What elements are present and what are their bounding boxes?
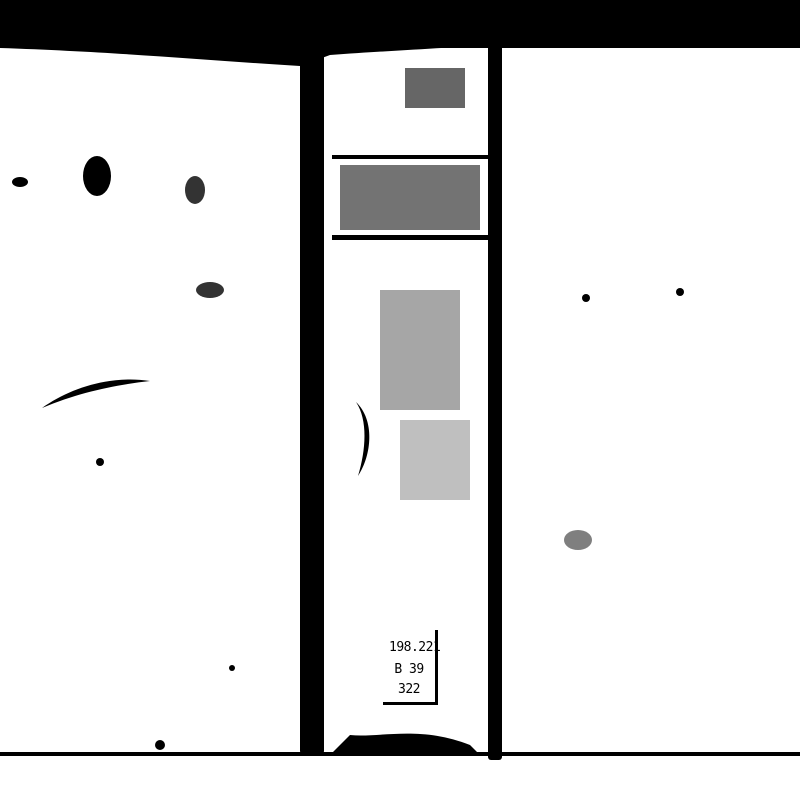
call-number-line-2: B 39 (383, 662, 435, 677)
call-number-line-3: 322 (383, 682, 435, 697)
spine-left-edge (300, 45, 324, 755)
spine-right-edge (488, 45, 502, 760)
call-number-label: 198.221 B 39 322 (383, 630, 438, 705)
call-number-line-1: 198.221 (389, 640, 441, 655)
bottom-board-edge (0, 752, 800, 756)
book-spine-scan: 198.221 B 39 322 (0, 0, 800, 800)
